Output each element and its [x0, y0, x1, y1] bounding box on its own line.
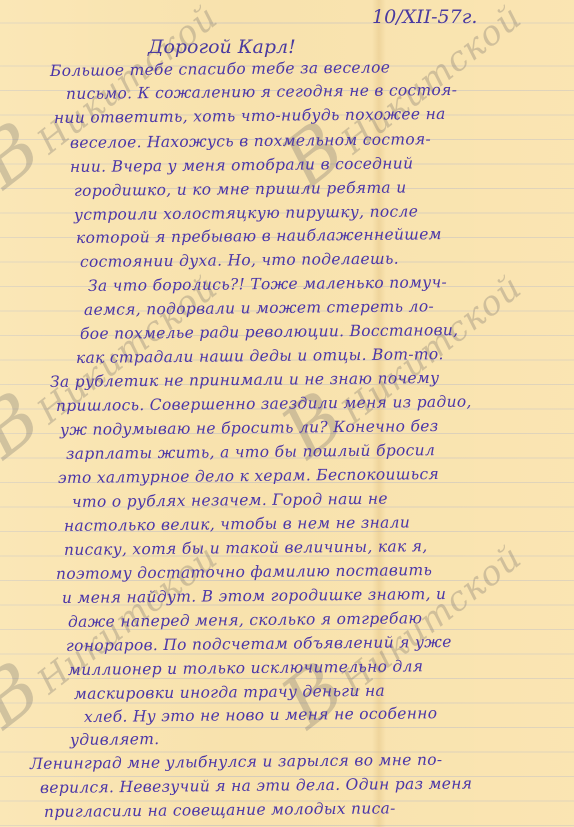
paper-fold [372, 0, 386, 827]
letter-line: гонораров. По подсчетам объявлений я уже [66, 633, 452, 655]
letter-line: миллионер и только исключительно для [68, 657, 424, 679]
letter-greeting: Дорогой Карл! [148, 36, 296, 58]
letter-line: письмо. К сожалению я сегодня не в состо… [66, 81, 457, 103]
letter-line: состоянии духа. Но, что поделаешь. [80, 250, 399, 271]
letter-line: бое похмелье ради революции. Восстанови, [80, 321, 459, 343]
letter-line: настолько велик, чтобы в нем не знали [64, 513, 410, 535]
letter-line: маскировки иногда трачу деньги на [74, 682, 385, 703]
letter-line: что о рублях незачем. Город наш не [72, 490, 388, 511]
letter-line: и меня найдут. В этом городишке знают, и [62, 585, 446, 607]
letter-line: веселое. Нахожусь в похмельном состоя- [70, 130, 431, 152]
letter-line: удивляет. [70, 730, 160, 749]
letter-line: За что боролись?! Тоже маленько помуч- [88, 273, 447, 295]
letter-line: нии ответить, хоть что-нибудь похожее на [54, 105, 446, 127]
letter-line: верился. Невезучий я на эти дела. Один р… [40, 774, 472, 797]
letter-line: аемся, подорвали и может стереть ло- [84, 297, 434, 319]
letter-line: которой я пребываю в наиблаженнейшем [76, 225, 442, 247]
letter-line: Большое тебе спасибо тебе за веселое [50, 58, 390, 80]
letter-line: хлеб. Ну это не ново и меня не особенно [84, 704, 438, 726]
letter-line: пригласили на совещание молодых писа- [44, 799, 396, 821]
letter-line: устроили холостяцкую пирушку, после [74, 202, 418, 224]
letter-line: даже наперед меня, сколько я отгребаю [68, 609, 422, 631]
letter-date: 10/XII-57г. [372, 6, 477, 28]
letter-line: как страдали наши деды и отцы. Вот-то. [76, 345, 444, 367]
letter-line: пришлось. Совершенно заездили меня из ра… [56, 393, 472, 415]
letter-line: нии. Вчера у меня отобрали в соседний [70, 154, 414, 176]
letter-line: городишко, и ко мне пришли ребята и [74, 179, 407, 200]
letter-line: писаку, хотя бы и такой величины, как я, [64, 537, 428, 559]
letter-page: ВНикитской ВНикитской ВНикитской ВНикитс… [0, 0, 574, 827]
